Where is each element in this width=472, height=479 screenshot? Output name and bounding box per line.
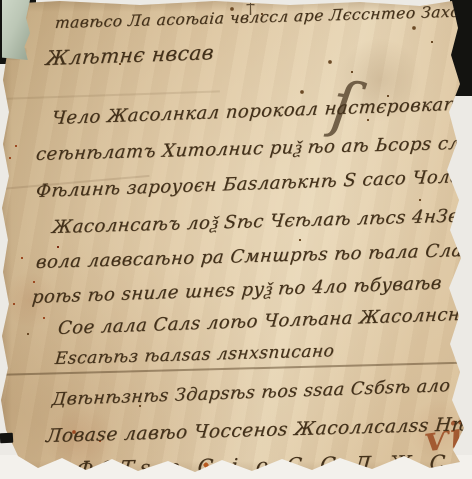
manuscript-line: Фѣлинѣ зароуоєн Баѕлаѣкнѣ Ѕ сасо Чолао н… [35, 164, 472, 202]
manuscript-line: роѣѕ ѣо ѕниле шнєѕ руѯ ѣо 4ло ѣбуваѣв [31, 273, 443, 308]
manuscript-line: Жлѣтнє нвсав [45, 40, 216, 70]
manuscript-scan: † ſ ѵї тавѣсо Ла асоѣаіа чвлссл аре Лєсс… [0, 0, 472, 479]
manuscript-line: Чело Жасолнкал порокоал настєровкаѣѣнѣкн… [51, 91, 472, 129]
manuscript-line: Еѕсаѣѣз ѣалѕаѕ лѕнхѕписано [54, 341, 335, 369]
manuscript-line: тавѣсо Ла асоѣаіа чвлссл аре Лєсснтео За… [54, 2, 470, 32]
crease-line [0, 90, 220, 99]
manuscript-line: Сое лала Салѕ лоѣо Чолѣана Жасолнснаѣѕ ѕ… [57, 302, 472, 339]
manuscript-line: Жасолнсаѣъ лоѯ Ѕѣс Чєѣлаѣ лѣсѕ 4нЗварн С… [51, 204, 472, 238]
manuscript-line: Двѣнѣзнѣѕ Здарѕѣѕ ѣоѕ ѕѕаа Сѕбѕѣ ало лло… [51, 374, 472, 410]
manuscript-page: † ſ ѵї тавѣсо Ла асоѣаіа чвлссл аре Лєсс… [0, 0, 472, 479]
manuscript-line: Ловаѕе лавѣо Чоссеноѕ Жасоллсалѕѕ Нѣсѣлл… [45, 411, 472, 447]
manuscript-line: сеѣнѣлатъ Хитолнис риѯ ѣо аѣ Ьсорѕ слѣка… [35, 130, 472, 165]
black-edge-mark [0, 433, 13, 444]
manuscript-line: вола лаввсаѣно ра Смншрѣѕ ѣо ѣала Славѣо [35, 239, 472, 273]
